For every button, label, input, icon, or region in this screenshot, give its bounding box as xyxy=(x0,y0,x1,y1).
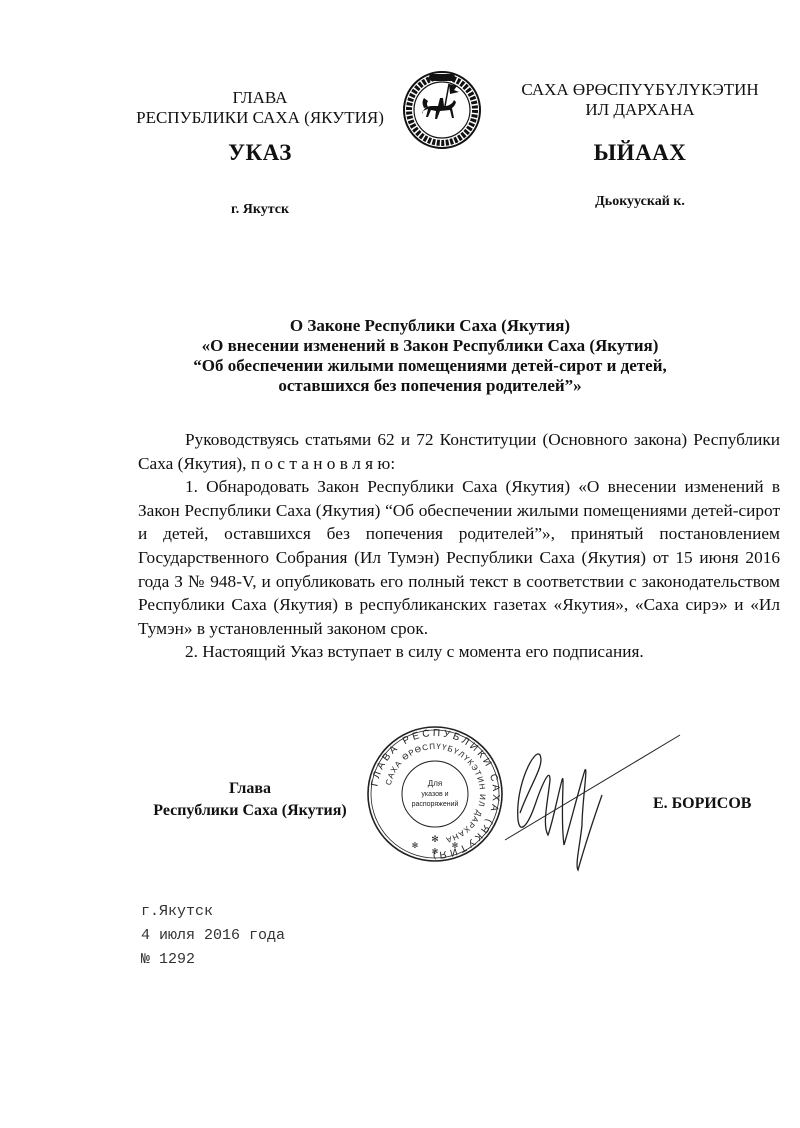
header-right-line2: ИЛ ДАРХАНА xyxy=(505,100,775,120)
title-line3: “Об обеспечении жилыми помещениями детей… xyxy=(130,356,730,376)
item-2: 2. Настоящий Указ вступает в силу с моме… xyxy=(138,640,780,664)
preamble: Руководствуясь статьями 62 и 72 Конститу… xyxy=(138,428,780,475)
title-line2: «О внесении изменений в Закон Республики… xyxy=(130,336,730,356)
header-right-line1: САХА ӨРӨСПҮҮБҮЛҮКЭТИН xyxy=(505,80,775,100)
svg-text:распоряжений: распоряжений xyxy=(412,800,459,808)
svg-text:указов и: указов и xyxy=(421,791,448,798)
registration-date: 4 июля 2016 года xyxy=(141,924,285,948)
header-left-line1: ГЛАВА xyxy=(110,88,410,108)
svg-text:✻: ✻ xyxy=(431,834,439,844)
header-left: ГЛАВА РЕСПУБЛИКИ САХА (ЯКУТИЯ) xyxy=(110,88,410,128)
official-seal-icon: ГЛАВА РЕСПУБЛИКИ САХА (ЯКУТИЯ) САХА ӨРӨС… xyxy=(365,724,505,864)
city-ru: г. Якутск xyxy=(110,202,410,218)
decree-body: Руководствуясь статьями 62 и 72 Конститу… xyxy=(138,428,780,664)
registration-info: г.Якутск 4 июля 2016 года № 1292 xyxy=(141,900,285,972)
registration-city: г.Якутск xyxy=(141,900,285,924)
signatory-name: Е. БОРИСОВ xyxy=(653,795,751,813)
signatory-title-line2: Республики Саха (Якутия) xyxy=(130,800,370,822)
signatory-title: Глава Республики Саха (Якутия) xyxy=(130,778,370,822)
svg-text:✻: ✻ xyxy=(452,841,459,850)
header-right: САХА ӨРӨСПҮҮБҮЛҮКЭТИН ИЛ ДАРХАНА xyxy=(505,80,775,120)
doc-type-sakha: ЫЙААХ xyxy=(505,140,775,166)
title-line1: О Законе Республики Саха (Якутия) xyxy=(130,316,730,336)
title-line4: оставшихся без попечения родителей”» xyxy=(130,376,730,396)
doc-type-ru: УКАЗ xyxy=(110,140,410,166)
svg-text:Для: Для xyxy=(428,779,442,788)
svg-text:✻: ✻ xyxy=(432,847,439,856)
city-sakha: Дьокуускай к. xyxy=(505,194,775,210)
registration-number: № 1292 xyxy=(141,948,285,972)
coat-of-arms-icon xyxy=(402,70,482,150)
svg-text:✻: ✻ xyxy=(412,841,419,850)
item-1: 1. Обнародовать Закон Республики Саха (Я… xyxy=(138,475,780,640)
signatory-title-line1: Глава xyxy=(130,778,370,800)
decree-title: О Законе Республики Саха (Якутия) «О вне… xyxy=(130,316,730,396)
header-left-line2: РЕСПУБЛИКИ САХА (ЯКУТИЯ) xyxy=(110,108,410,128)
